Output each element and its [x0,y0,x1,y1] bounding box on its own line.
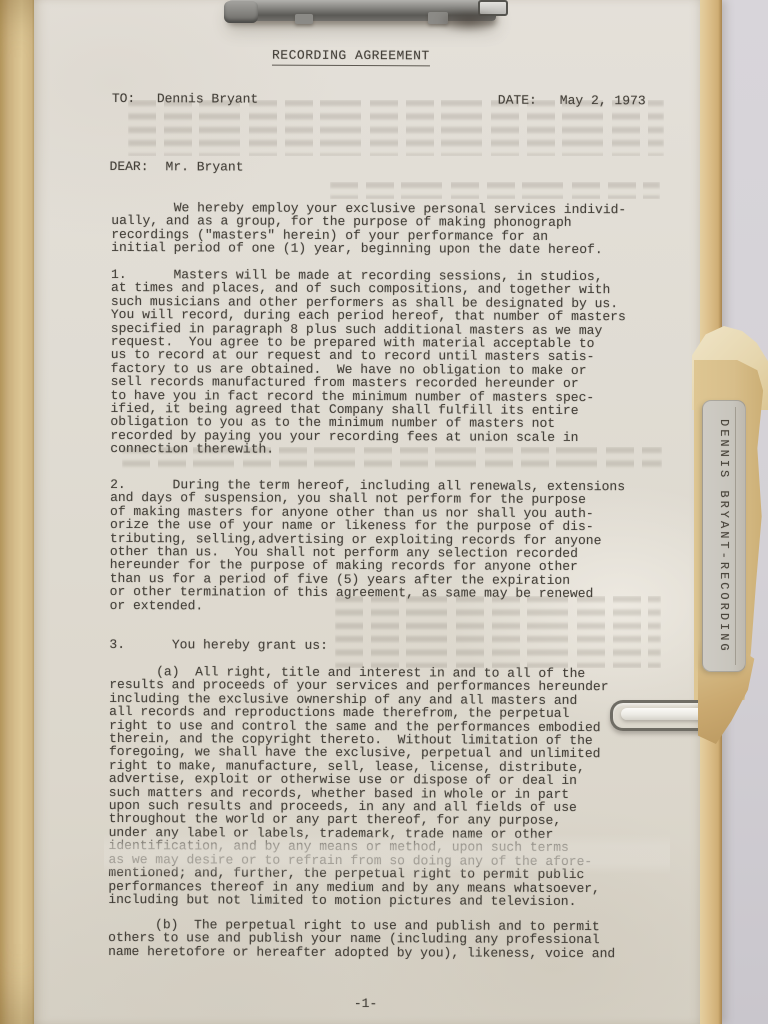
date-label: DATE: [498,93,537,108]
document-title: RECORDING AGREEMENT [272,48,430,67]
paragraph-clause-3b: (b) The perpetual right to use and publi… [108,918,678,961]
to-label: TO: [112,91,135,106]
to-value: Dennis Bryant [157,91,258,106]
date-value: May 2, 1973 [560,93,646,108]
folder-tab: DENNIS BRYANT-RECORDING [702,400,746,672]
scanned-document-photo: RECORDING AGREEMENT TO: Dennis Bryant DA… [0,0,768,1024]
salutation-value: Mr. Bryant [165,159,243,174]
paragraph-clause-3: 3. You hereby grant us: [109,638,679,654]
paper-clip-highlight [621,708,702,720]
clamp-shadow-smudge [436,12,502,34]
paragraph-clause-1: 1. Masters will be made at recording ses… [110,268,681,458]
salutation-label: DEAR: [110,159,149,174]
paragraph-clause-2: 2. During the term hereof, including all… [110,478,681,615]
paragraph-intro: We hereby employ your exclusive personal… [111,201,681,257]
folder-tab-label: DENNIS BRYANT-RECORDING [717,419,731,654]
binder-clamp-tab [295,14,313,24]
page-number: -1- [354,996,377,1011]
faded-text-overlay [104,834,670,874]
